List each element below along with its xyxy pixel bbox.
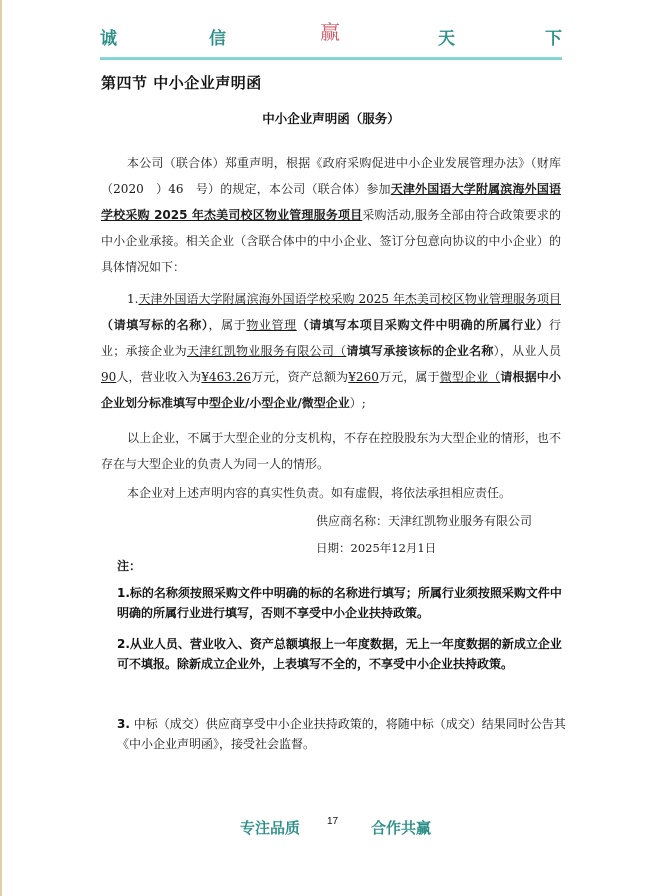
header-char-highlight: 赢 (320, 16, 340, 45)
item-text: 万元，资产总额为 (251, 370, 348, 384)
hint-name: （请填写标的名称） (101, 318, 208, 332)
item-project-name: 天津外国语大学附属滨海外国语学校采购 2025 年杰美司校区物业管理服务项目 (138, 292, 561, 306)
revenue-value: ¥463.26 (201, 370, 251, 384)
note-number: 3. (117, 717, 130, 731)
header-char: 诚 (100, 24, 117, 49)
signature-date: 日期：2025年12月1日 (316, 540, 436, 556)
declaration-paragraph: 本公司（联合体）郑重声明，根据《政府采购促进中小企业发展管理办法》（财库（202… (101, 150, 561, 280)
company-name: 天津红凯物业服务有限公司（ (187, 344, 347, 358)
page-edge (0, 0, 2, 896)
page-header: 诚 信 赢 天 下 (100, 22, 562, 48)
statement-paragraph: 以上企业，不属于大型企业的分支机构，不存在控股股东为大型企业的情形，也不存在与大… (101, 425, 561, 477)
footer-slogan-right: 合作共赢 (371, 817, 431, 838)
item-text: 万元，属于 (379, 370, 440, 384)
hint-industry: （请填写本项目采购文件中明确的所属行业） (297, 318, 549, 332)
notes-label: 注： (117, 557, 141, 574)
header-divider (100, 57, 562, 60)
note-number: 1. (117, 586, 130, 600)
note-number: 2. (117, 637, 130, 651)
item-number: 1. (127, 292, 138, 306)
item-text: ，属于 (208, 318, 246, 332)
note-text: 从业人员、营业收入、资产总额填报上一年度数据，无上一年度数据的新成立企业可不填报… (117, 637, 562, 671)
header-char: 信 (209, 24, 226, 49)
item-text: 人，营业收入为 (116, 370, 201, 384)
note-item-2: 2.从业人员、营业收入、资产总额填报上一年度数据，无上一年度数据的新成立企业可不… (117, 634, 567, 674)
enterprise-item-1: 1.天津外国语大学附属滨海外国语学校采购 2025 年杰美司校区物业管理服务项目… (101, 286, 561, 416)
note-text: 中标（成交）供应商享受中小企业扶持政策的，将随中标（成交）结果同时公告其《中小企… (117, 717, 566, 751)
note-item-3: 3. 中标（成交）供应商享受中小企业扶持政策的，将随中标（成交）结果同时公告其《… (117, 714, 567, 754)
document-title: 中小企业声明函（服务） (0, 109, 662, 127)
staff-count: 90 (101, 370, 116, 384)
assets-value: ¥260 (348, 370, 379, 384)
header-char: 天 (438, 24, 455, 49)
note-text: 标的名称须按照采购文件中明确的标的名称进行填写；所属行业须按照采购文件中明确的所… (117, 586, 562, 620)
enterprise-size: 微型企业（ (440, 370, 501, 384)
note-item-1: 1.标的名称须按照采购文件中明确的标的名称进行填写；所属行业须按照采购文件中明确… (117, 583, 567, 623)
section-title: 第四节 中小企业声明函 (101, 72, 262, 93)
hint-company: 请填写承接该标的企业名称 (346, 344, 493, 358)
page-number: 17 (327, 816, 338, 827)
item-text: ），从业人员 (494, 344, 561, 358)
header-char: 下 (545, 24, 562, 49)
responsibility-paragraph: 本企业对上述声明内容的真实性负责。如有虚假，将依法承担相应责任。 (101, 480, 561, 506)
item-text: ）; (350, 396, 366, 410)
industry-value: 物业管理 (246, 318, 296, 332)
footer-slogan-left: 专注品质 (240, 817, 300, 838)
supplier-name: 供应商名称：天津红凯物业服务有限公司 (316, 512, 532, 529)
